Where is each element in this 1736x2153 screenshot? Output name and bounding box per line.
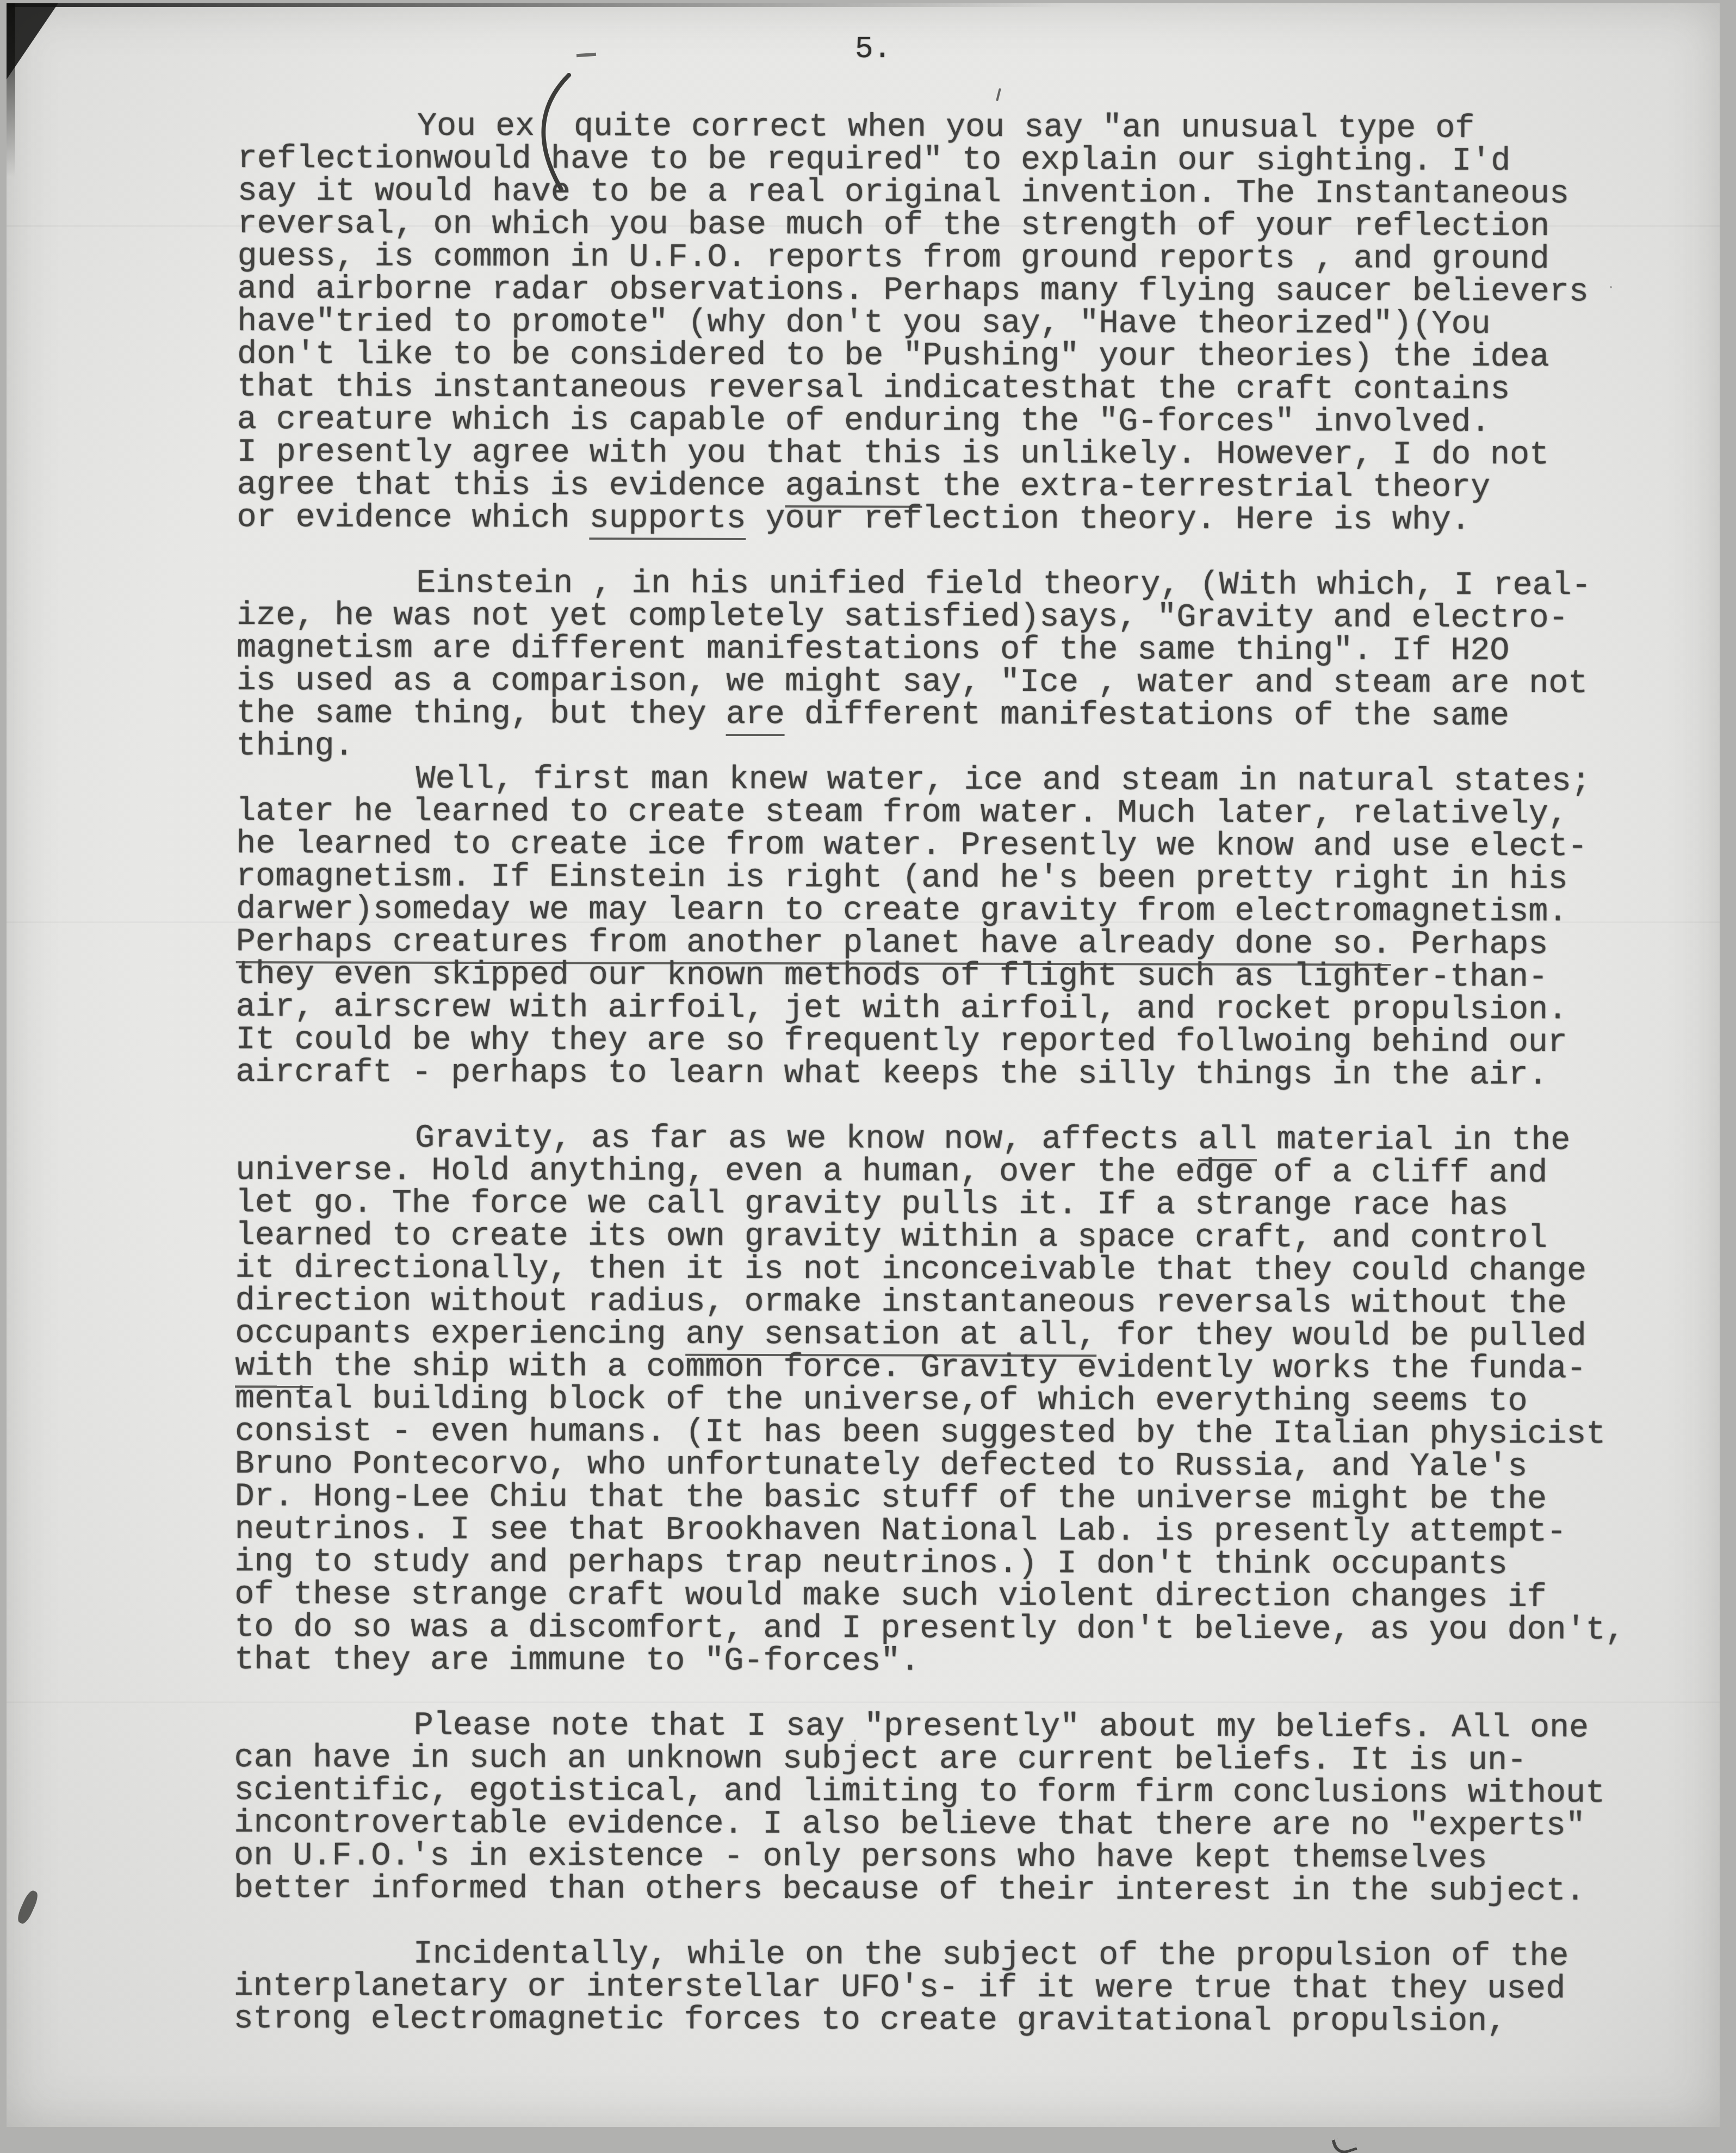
- pencil-dash-mark: -: [576, 53, 596, 57]
- text-line: reversal, on which you base much of the …: [237, 208, 1695, 244]
- text-line: he learned to create ice from water. Pre…: [236, 828, 1694, 864]
- text-line: agree that this is evidence against the …: [237, 469, 1694, 505]
- text-line: Gravity, as far as we know now, affects …: [235, 1122, 1693, 1158]
- blank-line: [234, 1905, 1691, 1941]
- text-line: a creature which is capable of enduring …: [237, 404, 1695, 440]
- text-line: later he learned to create steam from wa…: [236, 795, 1694, 831]
- text-line: universe. Hold anything, even a human, o…: [235, 1154, 1693, 1190]
- ink-edge-mark: [15, 1889, 40, 1925]
- text-line: romagnetism. If Einstein is right (and h…: [236, 861, 1694, 896]
- scanned-letter-page: - 5. You ex quite correct when you say "…: [7, 3, 1720, 2127]
- text-line: incontrovertable evidence. I also believ…: [234, 1807, 1691, 1843]
- text-line: neutrinos. I see that Brookhaven Nationa…: [234, 1513, 1692, 1549]
- text-line: scientific, egotistical, and limiting to…: [234, 1774, 1691, 1810]
- text-line: reflectionwould have to be required" to …: [238, 143, 1695, 178]
- text-line: it directionally, then it is not inconce…: [235, 1252, 1692, 1288]
- text-line: darwer)someday we may learn to create gr…: [236, 893, 1694, 929]
- text-line: magnetism are different manifestations o…: [237, 632, 1694, 668]
- ink-squiggle: [1331, 2134, 1357, 2153]
- text-line: mental building block of the universe,of…: [235, 1383, 1692, 1419]
- page-header: - 5.: [7, 3, 1720, 96]
- text-line: the same thing, but they are different m…: [237, 697, 1694, 733]
- document-text: You ex quite correct when you say "an un…: [234, 110, 1695, 2039]
- text-line: strong electromagnetic forces to create …: [234, 2003, 1691, 2039]
- text-line: ize, he was not yet completely satisfied…: [237, 599, 1694, 635]
- text-line: Einstein , in his unified field theory, …: [237, 567, 1694, 603]
- ink-speck: [355, 1337, 357, 1340]
- ink-speck: [630, 352, 633, 355]
- text-line: interplanetary or interstellar UFO's- if…: [234, 1970, 1691, 2006]
- text-line: of these strange craft would make such v…: [234, 1579, 1692, 1614]
- text-line: occupants experiencing any sensation at …: [235, 1317, 1692, 1353]
- text-line: better informed than others because of t…: [234, 1872, 1691, 1908]
- text-line: aircraft - perhaps to learn what keeps t…: [235, 1056, 1693, 1092]
- text-line: on U.F.O.'s in existence - only persons …: [234, 1840, 1691, 1876]
- text-line: have"tried to promote" (why don't you sa…: [237, 306, 1695, 342]
- text-line: Incidentally, while on the subject of th…: [234, 1938, 1691, 1973]
- text-line: can have in such an unknown subject are …: [234, 1742, 1692, 1778]
- text-line: let go. The force we call gravity pulls …: [235, 1187, 1693, 1223]
- text-line: direction without radius, ormake instant…: [235, 1285, 1692, 1321]
- blank-line: [234, 1676, 1692, 1712]
- text-line: guess, is common in U.F.O. reports from …: [237, 240, 1695, 276]
- ink-speck: [1610, 286, 1612, 288]
- text-line: learned to create its own gravity within…: [235, 1220, 1693, 1255]
- blank-line: [235, 1089, 1693, 1125]
- blank-line: [237, 534, 1694, 570]
- text-line: with the ship with a common force. Gravi…: [235, 1350, 1692, 1386]
- text-line: and airborne radar observations. Perhaps…: [237, 273, 1695, 309]
- text-line: to do so was a discomfort, and I present…: [234, 1611, 1692, 1647]
- text-line: that this instantaneous reversal indicat…: [237, 371, 1695, 407]
- ink-speck: [854, 1740, 856, 1742]
- text-line: It could be why they are so frequently r…: [235, 1024, 1693, 1060]
- text-line: Bruno Pontecorvo, who unfortunately defe…: [235, 1448, 1692, 1484]
- text-line: You ex quite correct when you say "an un…: [238, 110, 1695, 146]
- text-line: Please note that I say "presently" about…: [234, 1709, 1692, 1745]
- page-number: 5.: [855, 32, 891, 66]
- text-line: or evidence which supports your reflecti…: [237, 502, 1694, 537]
- text-line: don't like to be considered to be "Pushi…: [237, 338, 1695, 374]
- text-line: ing to study and perhaps trap neutrinos.…: [234, 1546, 1692, 1582]
- text-line: Perhaps creatures from another planet ha…: [236, 926, 1694, 962]
- text-line: air, airscrew with airfoil, jet with air…: [235, 991, 1693, 1027]
- text-line: thing.: [236, 730, 1694, 766]
- text-line: Dr. Hong-Lee Chiu that the basic stuff o…: [235, 1481, 1692, 1517]
- text-line: I presently agree with you that this is …: [237, 436, 1695, 472]
- text-line: say it would have to be a real original …: [238, 175, 1695, 211]
- text-line: that they are immune to "G-forces".: [234, 1644, 1692, 1680]
- text-line: is used as a comparison, we might say, "…: [237, 665, 1694, 701]
- text-line: Well, first man knew water, ice and stea…: [236, 763, 1694, 799]
- text-line: they even skipped our known methods of f…: [236, 958, 1694, 994]
- text-line: consist - even humans. (It has been sugg…: [235, 1415, 1692, 1451]
